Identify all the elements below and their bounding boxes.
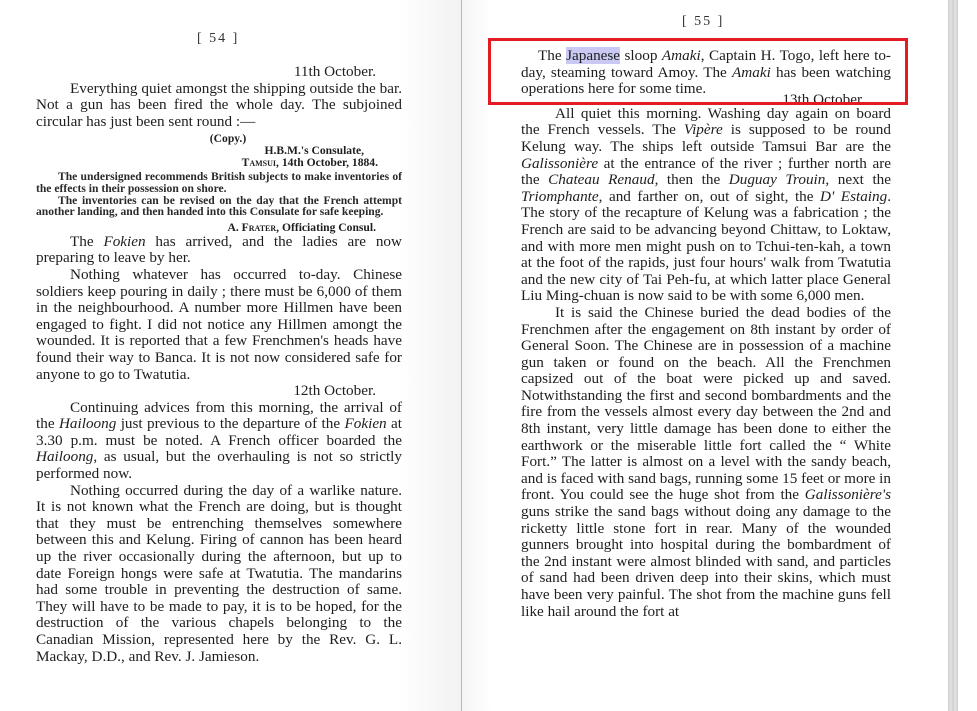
page-number-left: [ 54 ] <box>197 31 239 47</box>
paragraph: Continuing advices from this morning, th… <box>36 400 402 483</box>
circular-date: Tamsui, 14th October, 1884. <box>36 157 402 169</box>
paragraph: The Fokien has arrived, and the ladies a… <box>36 234 402 267</box>
ship-name: Chateau Renaud <box>548 171 654 188</box>
window-margin <box>958 0 977 711</box>
paragraph: It is said the Chinese buried the dead b… <box>521 305 891 620</box>
circular-body: The undersigned recommends British subje… <box>36 171 402 217</box>
circular-paragraph: The undersigned recommends British subje… <box>36 171 402 194</box>
right-page: [ 55 ] The Japanese sloop Amaki, Captain… <box>462 0 948 711</box>
paragraph: Nothing occurred during the day of a war… <box>36 483 402 666</box>
left-page-text: 11th October. Everything quiet amongst t… <box>36 64 402 665</box>
date-heading: 12th October. <box>36 383 402 400</box>
ship-name: Galissonière's <box>805 486 891 503</box>
left-page: [ 54 ] 11th October. Everything quiet am… <box>0 0 461 711</box>
vertical-scrollbar[interactable] <box>948 0 958 711</box>
circular: (Copy.) H.B.M.'s Consulate, Tamsui, 14th… <box>36 133 402 233</box>
ship-name: Vipère <box>684 121 723 138</box>
ship-name: Triomphante <box>521 188 599 205</box>
paragraph: Nothing whatever has occurred to-day. Ch… <box>36 267 402 383</box>
ship-name: Fokien <box>344 415 386 432</box>
ship-name: Duguay Trouin <box>729 171 826 188</box>
ship-name: Fokien <box>103 233 145 250</box>
ship-name: Galissonière <box>521 155 598 172</box>
annotation-highlight-box <box>488 38 908 105</box>
circular-paragraph: The inventories can be revised on the da… <box>36 195 402 218</box>
paragraph: Everything quiet amongst the shipping ou… <box>36 81 402 131</box>
ship-name: Hailoong <box>36 448 93 465</box>
paragraph: All quiet this morning. Washing day agai… <box>521 106 891 305</box>
place-name: Tamsui <box>242 156 276 169</box>
date-heading: 11th October. <box>36 64 402 81</box>
ship-name: D' Estaing <box>820 188 887 205</box>
right-page-text: The Japanese sloop Amaki, Captain H. Tog… <box>521 48 891 620</box>
ship-name: Hailoong <box>59 415 116 432</box>
page-number-right: [ 55 ] <box>682 14 724 30</box>
